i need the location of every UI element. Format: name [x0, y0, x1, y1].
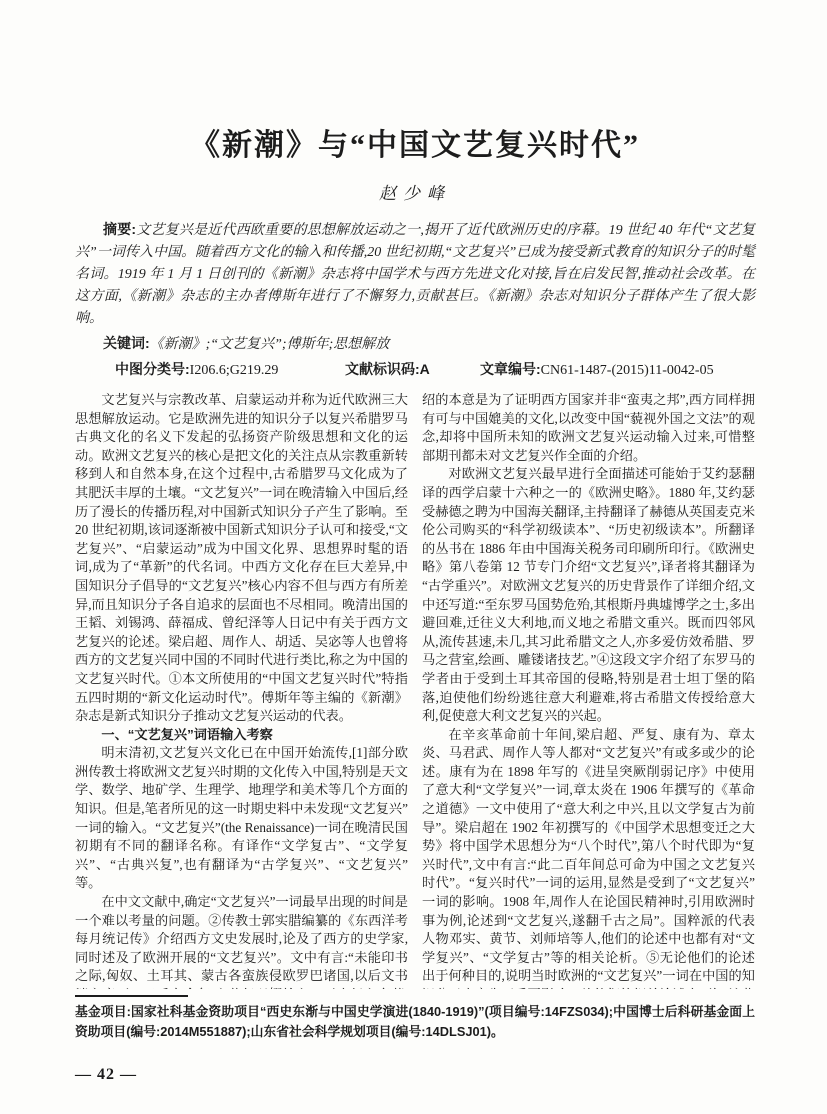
author-name: 赵少峰	[75, 182, 755, 206]
section-heading: 一、“文艺复兴”词语输入考察	[75, 726, 408, 745]
keywords-line: 关键词:《新潮》;“文艺复兴”;傅斯年;思想解放	[75, 332, 755, 356]
paragraph: 在中文文献中,确定“文艺复兴”一词最早出现的时间是一个难以考量的问题。②传教士郭…	[75, 893, 408, 989]
doc-code-value: A	[420, 361, 430, 377]
paragraph-continuation: 绍的本意是为了证明西方国家并非“蛮夷之邦”,西方同样拥有可与中国媲美的文化,以改…	[422, 391, 755, 465]
abstract-label: 摘要:	[103, 221, 136, 237]
fund-note: 基金项目:国家社科基金资助项目“西史东渐与中国史学演进(1840-1919)”(…	[75, 1002, 755, 1042]
keywords-label: 关键词:	[103, 335, 150, 351]
paragraph: 明末清初,文艺复兴文化已在中国开始流传,[1]部分欧洲传教士将欧洲文艺复兴时期的…	[75, 744, 408, 893]
abstract-paragraph: 摘要:文艺复兴是近代西欧重要的思想解放运动之一,揭开了近代欧洲历史的序幕。19 …	[75, 218, 755, 330]
paragraph: 对欧洲文艺复兴最早进行全面描述可能始于艾约瑟翻译的西学启蒙十六种之一的《欧洲史略…	[422, 465, 755, 725]
page-number: — 42 —	[75, 1066, 755, 1084]
article-no-value: CN61-1487-(2015)11-0042-05	[541, 363, 714, 378]
left-column: 文艺复兴与宗教改革、启蒙运动并称为近代欧洲三大思想解放运动。它是欧洲先进的知识分…	[75, 391, 408, 989]
fund-note-label: 基金项目:	[75, 1004, 131, 1019]
classification-line: 中图分类号:I206.6;G219.29文献标识码:A文章编号:CN61-148…	[75, 358, 755, 382]
right-column: 绍的本意是为了证明西方国家并非“蛮夷之邦”,西方同样拥有可与中国媲美的文化,以改…	[422, 391, 755, 989]
keywords-text: 《新潮》;“文艺复兴”;傅斯年;思想解放	[150, 337, 390, 352]
article-no-label: 文章编号:	[480, 361, 541, 377]
clc-label: 中图分类号:	[115, 361, 190, 377]
page-title: 《新潮》与“中国文艺复兴时代”	[75, 126, 755, 166]
paper-page: 《新潮》与“中国文艺复兴时代” 赵少峰 摘要:文艺复兴是近代西欧重要的思想解放运…	[0, 0, 827, 1114]
footnote-separator	[75, 995, 188, 997]
fund-note-text: 国家社科基金资助项目“西史东渐与中国史学演进(1840-1919)”(项目编号:…	[75, 1004, 755, 1039]
paragraph: 在辛亥革命前十年间,梁启超、严复、康有为、章太炎、马君武、周作人等人都对“文艺复…	[422, 726, 755, 989]
doc-code-label: 文献标识码:	[345, 361, 420, 377]
page-content: 《新潮》与“中国文艺复兴时代” 赵少峰 摘要:文艺复兴是近代西欧重要的思想解放运…	[75, 0, 755, 1084]
body-columns: 文艺复兴与宗教改革、启蒙运动并称为近代欧洲三大思想解放运动。它是欧洲先进的知识分…	[75, 391, 755, 989]
clc-value: I206.6;G219.29	[190, 363, 279, 378]
abstract-text: 文艺复兴是近代西欧重要的思想解放运动之一,揭开了近代欧洲历史的序幕。19 世纪 …	[75, 223, 755, 326]
paragraph: 文艺复兴与宗教改革、启蒙运动并称为近代欧洲三大思想解放运动。它是欧洲先进的知识分…	[75, 391, 408, 726]
